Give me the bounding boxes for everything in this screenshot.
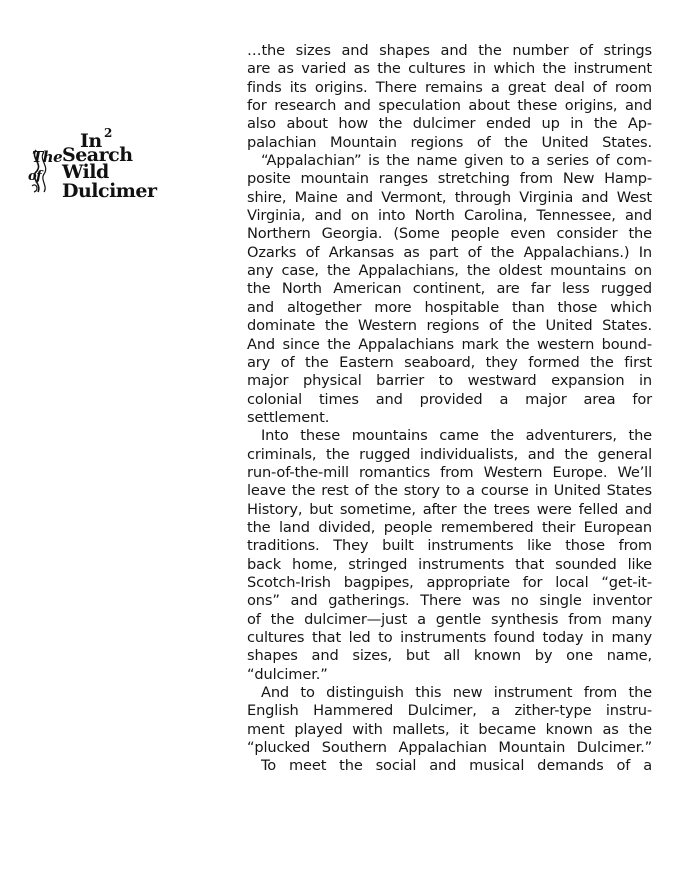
text-line: Ozarks of Arkansas as part of the Appala… bbox=[247, 244, 652, 262]
text-line: back home, stringed instruments that sou… bbox=[247, 556, 652, 574]
text-line: And to distinguish this new instrument f… bbox=[247, 684, 652, 702]
text-line: leave the rest of the story to a course … bbox=[247, 482, 652, 500]
text-line: Scotch-Irish bagpipes, appropriate for l… bbox=[247, 574, 652, 592]
text-line: Virginia, and on into North Carolina, Te… bbox=[247, 207, 652, 225]
text-line: criminals, the rugged individualists, an… bbox=[247, 446, 652, 464]
text-line: for research and speculation about these… bbox=[247, 97, 652, 115]
text-line: the North American continent, are far le… bbox=[247, 280, 652, 298]
text-line: And since the Appalachians mark the west… bbox=[247, 336, 652, 354]
page-number: 2 bbox=[104, 127, 112, 139]
text-line: and altogether more hospitable than thos… bbox=[247, 299, 652, 317]
text-line: the land divided, people remembered thei… bbox=[247, 519, 652, 537]
text-line: ons” and gatherings. There was no single… bbox=[247, 592, 652, 610]
text-line: shire, Maine and Vermont, through Virgin… bbox=[247, 189, 652, 207]
text-line: settlement. bbox=[247, 409, 652, 427]
text-line: finds its origins. There remains a great… bbox=[247, 79, 652, 97]
text-line: History, but sometime, after the trees w… bbox=[247, 501, 652, 519]
text-line: run-of-the-mill romantics from Western E… bbox=[247, 464, 652, 482]
text-line: are as varied as the cultures in which t… bbox=[247, 60, 652, 78]
text-line: cultures that led to instruments found t… bbox=[247, 629, 652, 647]
logo-the: The bbox=[32, 150, 62, 165]
text-line: “Appalachian” is the name given to a ser… bbox=[247, 152, 652, 170]
text-line: major physical barrier to westward expan… bbox=[247, 372, 652, 390]
body-text-column: …the sizes and shapes and the number of … bbox=[247, 42, 652, 776]
text-line: shapes and sizes, but all known by one n… bbox=[247, 647, 652, 665]
text-line: Northern Georgia. (Some people even cons… bbox=[247, 225, 652, 243]
text-line: ment played with mallets, it became know… bbox=[247, 721, 652, 739]
text-line: “plucked Southern Appalachian Mountain D… bbox=[247, 739, 652, 757]
text-line: dominate the Western regions of the Unit… bbox=[247, 317, 652, 335]
book-title-logo: The of In 2 Search Wild Dulcimer bbox=[26, 126, 186, 196]
text-line: also about how the dulcimer ended up in … bbox=[247, 115, 652, 133]
logo-of: of bbox=[28, 170, 41, 183]
text-line: traditions. They built instruments like … bbox=[247, 537, 652, 555]
text-line: …the sizes and shapes and the number of … bbox=[247, 42, 652, 60]
text-line: palachian Mountain regions of the United… bbox=[247, 134, 652, 152]
text-line: any case, the Appalachians, the oldest m… bbox=[247, 262, 652, 280]
logo-wild-dulcimer: Wild Dulcimer bbox=[62, 163, 186, 201]
text-line: Into these mountains came the adventurer… bbox=[247, 427, 652, 445]
text-line: English Hammered Dulcimer, a zither-type… bbox=[247, 702, 652, 720]
text-line: ary of the Eastern seaboard, they formed… bbox=[247, 354, 652, 372]
text-line: “dulcimer.” bbox=[247, 666, 652, 684]
text-line: of the dulcimer—just a gentle synthesis … bbox=[247, 611, 652, 629]
text-line: To meet the social and musical demands o… bbox=[247, 757, 652, 775]
text-line: colonial times and provided a major area… bbox=[247, 391, 652, 409]
text-line: posite mountain ranges stretching from N… bbox=[247, 170, 652, 188]
